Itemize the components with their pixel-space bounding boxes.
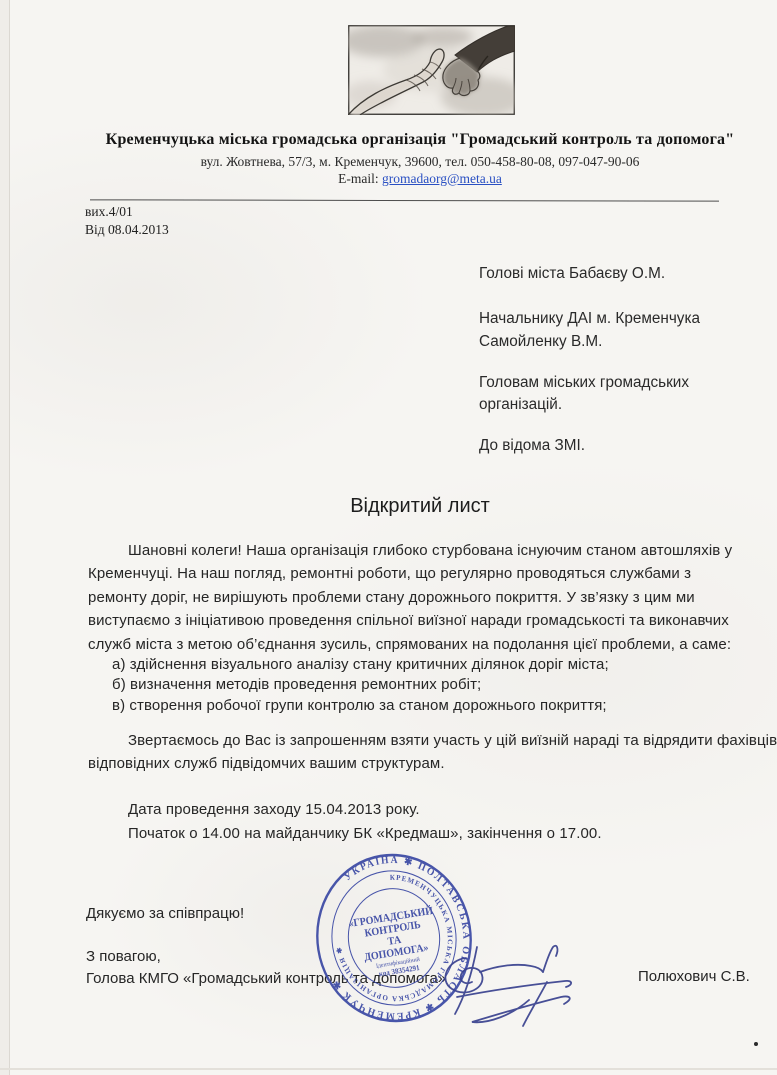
ink-speck [113,226,115,228]
recipient-group: До відома ЗМІ. [479,435,759,457]
recipient-group: Головам міських громадських організацій. [479,372,759,417]
recipient-line: До відома ЗМІ. [479,435,759,457]
org-email-line: E-mail: gromadaorg@meta.ua [40,171,777,187]
recipient-line: Голові міста Бабаєву О.М. [479,263,759,285]
list-item: б) визначення методів проведення ремонтн… [112,675,752,695]
ref-date: Від 08.04.2013 [85,222,169,238]
event-date-line: Дата проведення заходу 15.04.2013 року. [128,798,748,822]
ink-speck [754,1042,758,1046]
signature-scribble [430,942,590,1042]
letter-title: Відкритий лист [40,495,777,518]
recipient-line: Начальнику ДАІ м. Кременчука [479,308,759,330]
scanned-letter-page: Кременчуцька міська громадська організац… [0,0,777,1075]
letter-paragraph-1: Шановні колеги! Наша організація глибоко… [88,539,750,656]
signatory-name: Полюхович С.В. [638,968,750,985]
regards-line: З повагою, [86,948,161,965]
recipient-group: Начальнику ДАІ м. Кременчука Самойленку … [479,308,759,353]
letter-paragraph-2: Звертаємось до Вас із запрошенням взяти … [88,729,777,776]
scan-edge-bottom [0,1068,777,1070]
email-link[interactable]: gromadaorg@meta.ua [382,171,502,186]
recipient-line: Головам міських громадських [479,372,759,394]
letter-list: а) здійснення візуального аналізу стану … [112,655,752,716]
handshake-drawing-icon [348,25,515,115]
recipient-line: Самойленку В.М. [479,331,759,353]
separator-line [90,199,719,201]
org-name: Кременчуцька міська громадська організац… [40,131,777,149]
email-label: E-mail: [338,171,382,186]
recipient-group: Голові міста Бабаєву О.М. [479,263,759,285]
event-date-block: Дата проведення заходу 15.04.2013 року. … [128,798,748,846]
recipient-line: організацій. [479,394,759,416]
org-address: вул. Жовтнева, 57/3, м. Кременчук, 39600… [40,154,777,170]
list-item: в) створення робочої групи контролю за с… [112,696,752,716]
list-item: а) здійснення візуального аналізу стану … [112,655,752,675]
recipients-block: Голові міста Бабаєву О.М. Начальнику ДАІ… [479,263,759,477]
scan-edge-left [0,0,10,1075]
ref-number: вих.4/01 [85,204,133,220]
thanks-line: Дякуємо за співпрацю! [86,905,244,922]
